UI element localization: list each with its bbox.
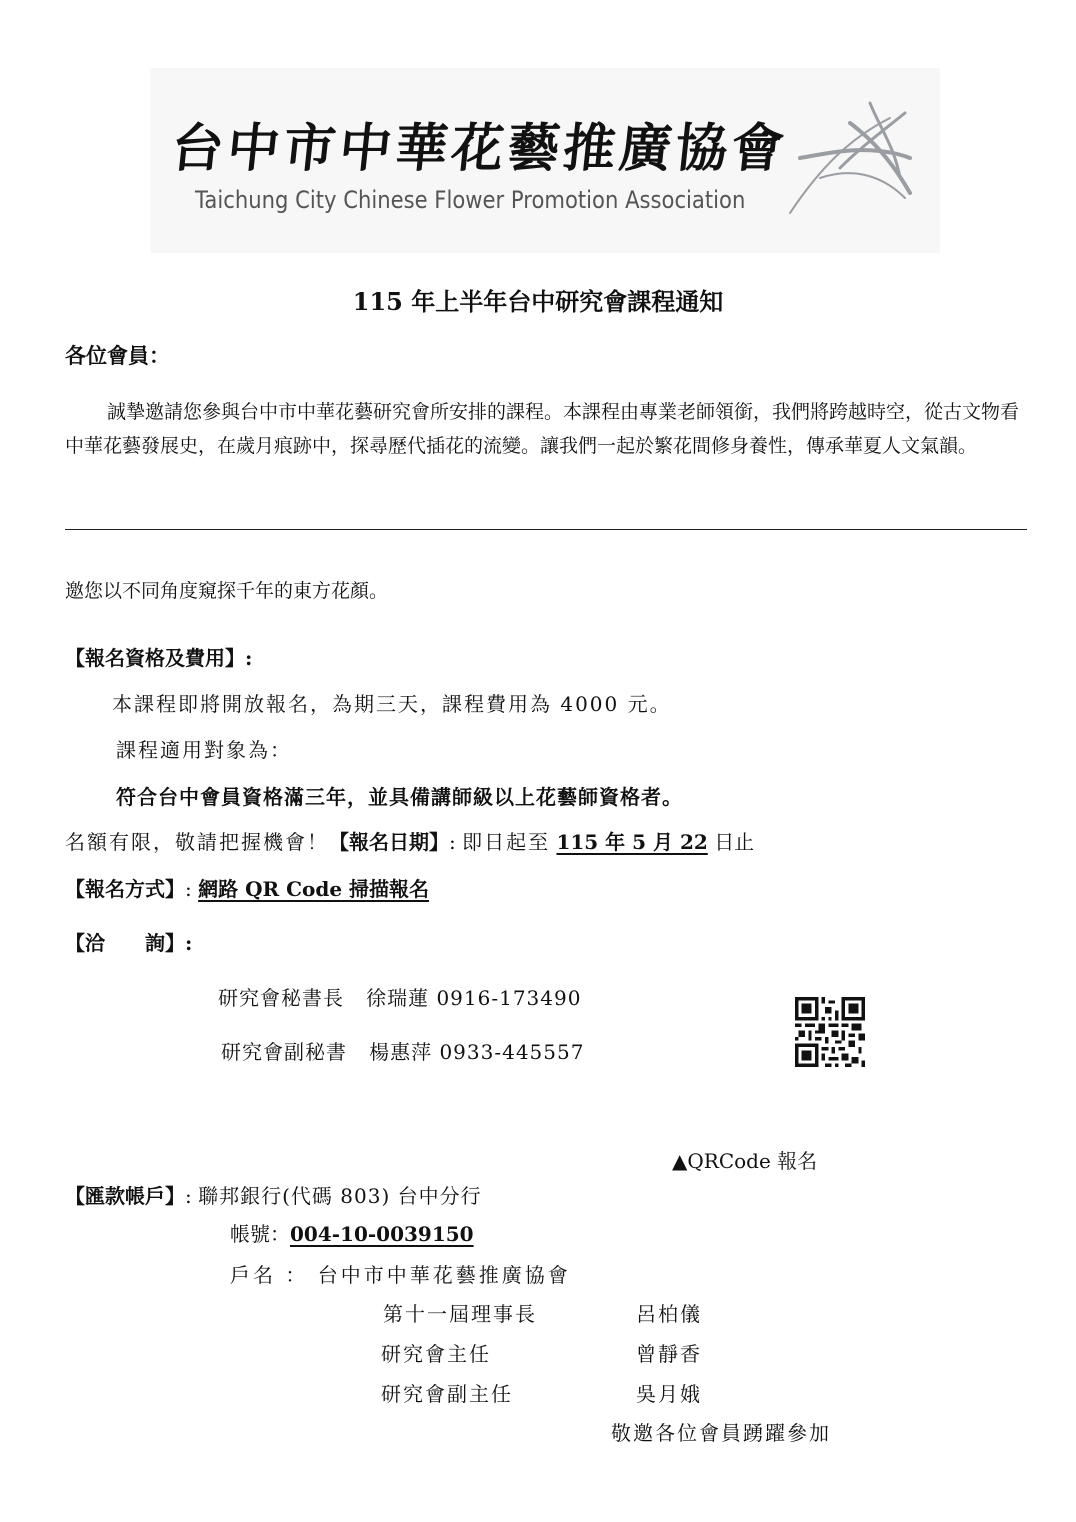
fee-line: 本課程即將開放報名，為期三天，課程費用為 4000 元。 [112, 688, 672, 717]
contact-phone[interactable]: 0933-445557 [439, 1040, 584, 1064]
account-number-label: 帳號： [230, 1222, 290, 1246]
signatory-name: 吳月娥 [636, 1378, 702, 1407]
account-holder-line: 戶名 ： 台中市中華花藝推廣協會 [230, 1259, 571, 1288]
deadline-prefix: 名額有限，敬請把握機會！ [65, 830, 329, 854]
account-holder-label: 戶名 ： [230, 1263, 308, 1287]
deadline-heading: 【報名日期】 [329, 830, 449, 854]
signatory-title: 研究會主任 [381, 1338, 491, 1367]
signatory-title: 研究會副主任 [381, 1378, 513, 1407]
eligibility-heading: 【報名資格及費用】: [65, 642, 252, 671]
account-holder: 台中市中華花藝推廣協會 [318, 1263, 571, 1287]
audience-label: 課程適用對象為： [116, 734, 292, 763]
page-title: 115 年上半年台中研究會課程通知 [0, 282, 1076, 317]
deadline-colon: : [449, 830, 456, 854]
contact-role: 研究會副秘書 [221, 1040, 347, 1064]
qr-code-icon[interactable] [793, 997, 867, 1067]
inquiry-heading: 【洽 詢】: [65, 927, 192, 956]
contact-phone[interactable]: 0916-173490 [436, 986, 581, 1010]
account-number-line: 帳號：004-10-0039150 [230, 1218, 474, 1247]
signatory-name: 曾靜香 [636, 1338, 702, 1367]
account-line: 【匯款帳戶】: 聯邦銀行(代碼 803) 台中分行 [65, 1180, 482, 1209]
deadline-suffix: 日止 [714, 830, 754, 854]
method-colon: : [185, 877, 192, 901]
banner-title-en: Taichung City Chinese Flower Promotion A… [195, 186, 745, 214]
method-heading: 【報名方式】 [65, 877, 185, 901]
deadline-date: 115 年 5 月 22 [556, 830, 707, 854]
audience-requirement: 符合台中會員資格滿三年，並具備講師級以上花藝師資格者。 [116, 781, 683, 810]
account-number: 004-10-0039150 [290, 1222, 474, 1246]
signatory-title: 第十一屆理事長 [383, 1298, 537, 1327]
deadline-text: 即日起至 [462, 830, 550, 854]
salutation: 各位會員： [65, 340, 170, 370]
contact-name: 楊惠萍 [369, 1040, 432, 1064]
method-value[interactable]: 網路 QR Code 掃描報名 [198, 877, 429, 901]
intro-paragraph: 誠摯邀請您參與台中市中華花藝研究會所安排的課程。本課程由專業老師領銜，我們將跨越… [65, 395, 1025, 463]
method-line: 【報名方式】: 網路 QR Code 掃描報名 [65, 873, 429, 902]
orchid-icon [780, 98, 920, 218]
deadline-line: 名額有限，敬請把握機會！【報名日期】: 即日起至 115 年 5 月 22 日止 [65, 826, 754, 855]
banner-title-cn: 台中市中華花藝推廣協會 [168, 106, 792, 181]
contact-name: 徐瑞蓮 [366, 986, 429, 1010]
bank-name: 聯邦銀行(代碼 803) 台中分行 [198, 1184, 482, 1208]
divider [65, 529, 1027, 530]
tagline: 邀您以不同角度窺探千年的東方花顏。 [65, 576, 388, 603]
account-colon: : [185, 1184, 192, 1208]
closing-line: 敬邀各位會員踴躍參加 [611, 1417, 831, 1446]
contact-row: 研究會副秘書 楊惠萍 0933-445557 [221, 1036, 584, 1065]
association-banner: 台中市中華花藝推廣協會 Taichung City Chinese Flower… [150, 68, 940, 253]
contact-role: 研究會秘書長 [218, 986, 344, 1010]
signatory-name: 呂柏儀 [636, 1298, 702, 1327]
account-heading: 【匯款帳戶】 [65, 1184, 185, 1208]
contact-row: 研究會秘書長 徐瑞蓮 0916-173490 [218, 982, 581, 1011]
intro-text: 誠摯邀請您參與台中市中華花藝研究會所安排的課程。本課程由專業老師領銜，我們將跨越… [65, 401, 1019, 457]
qr-caption: ▲QRCode 報名 [672, 1145, 817, 1174]
